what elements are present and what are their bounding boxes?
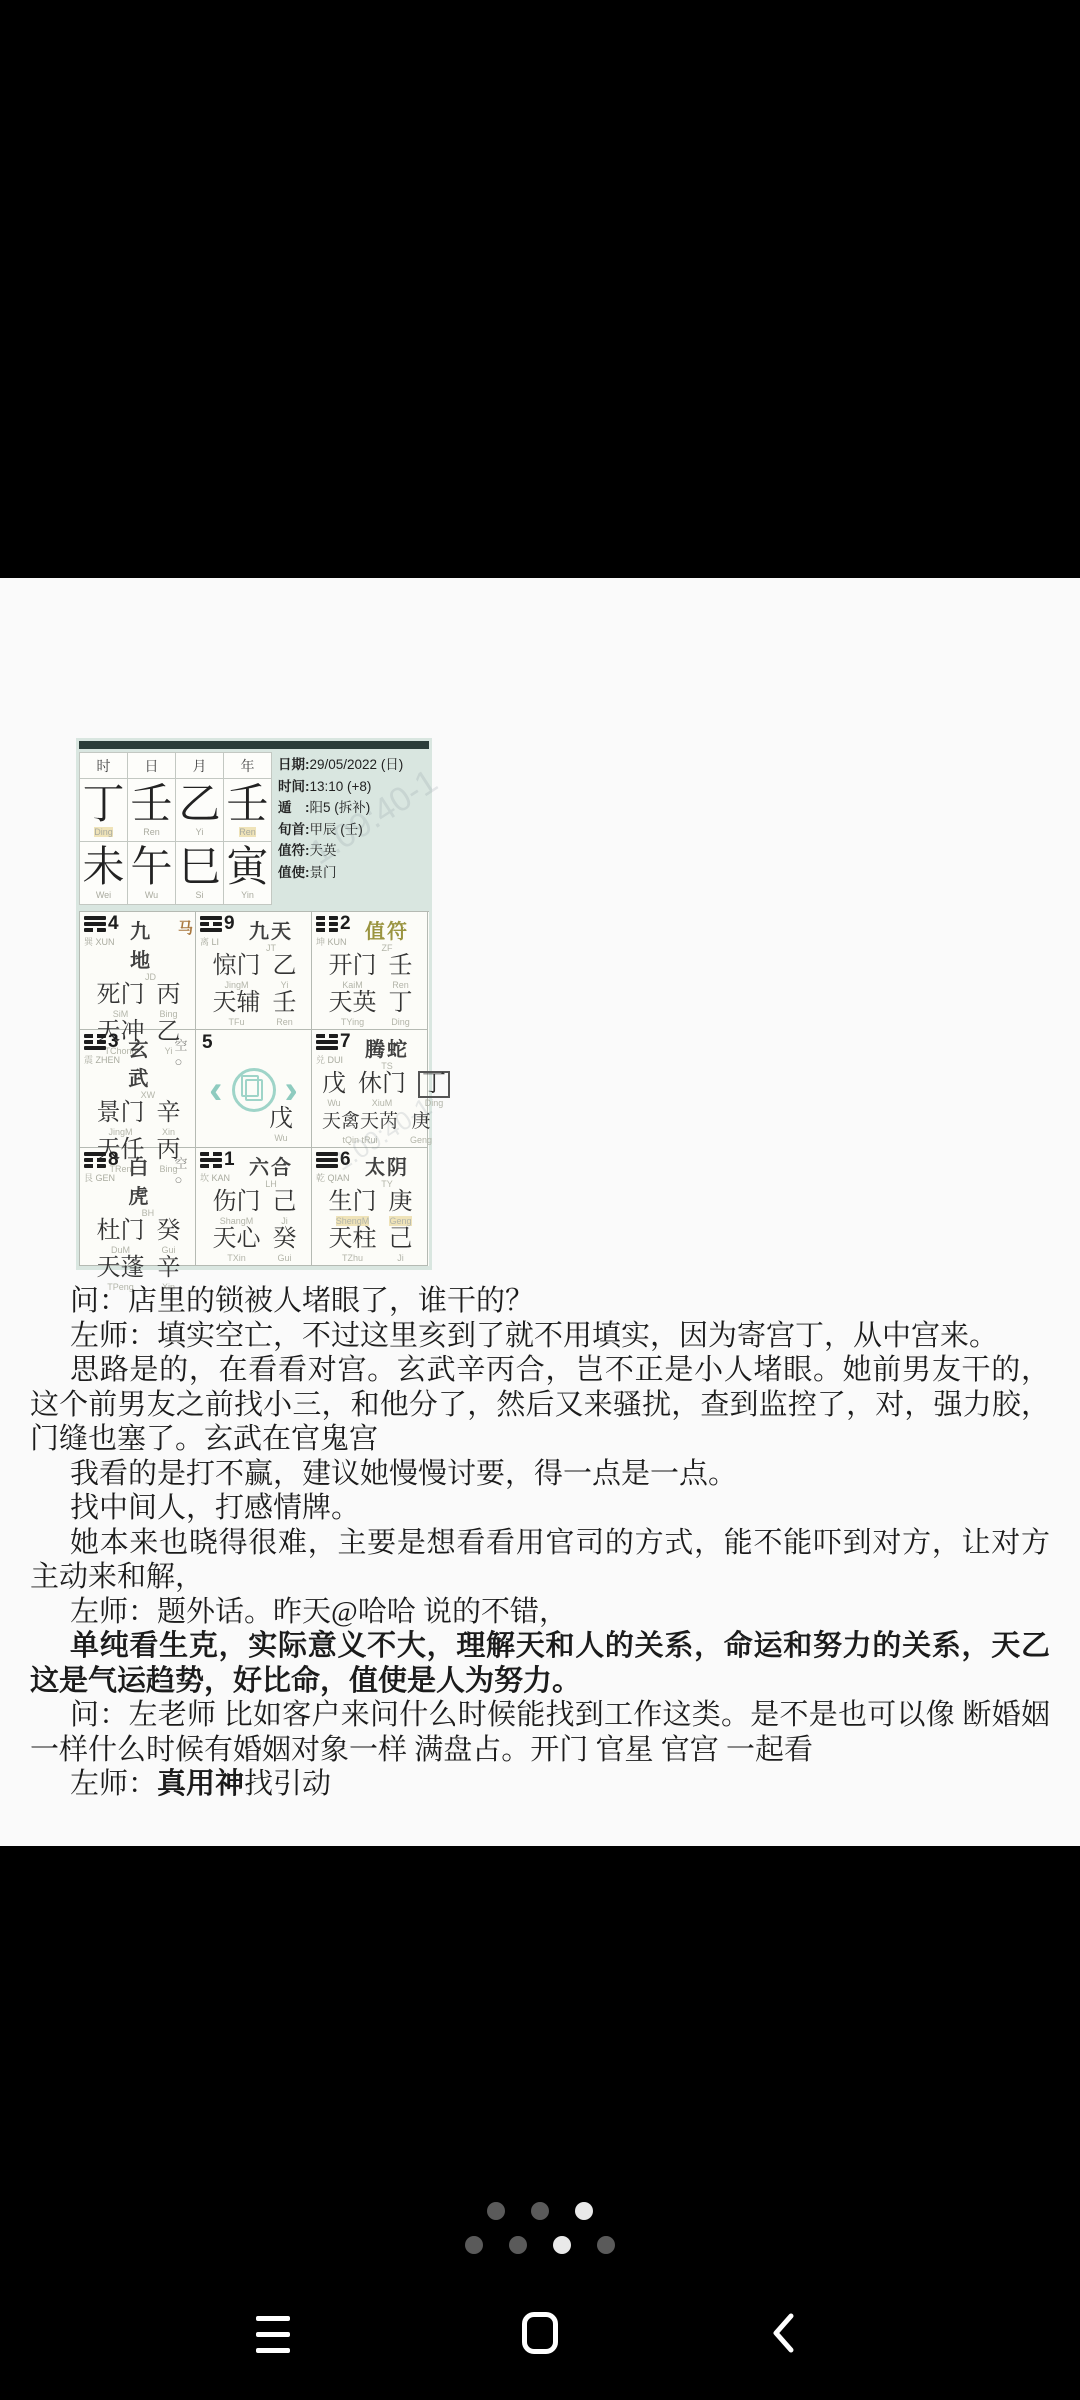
palace-number: 4 [108, 914, 119, 934]
paragraph: 思路是的，在看看对宫。玄武辛丙合，岂不正是小人堵眼。她前男友干的，这个前男友之前… [30, 1353, 1050, 1457]
pager-dot[interactable] [509, 2236, 527, 2254]
info-value: 天英 [310, 843, 337, 858]
glyph-char: 惊门 [213, 953, 261, 980]
pillar-stem: 丁Ding [80, 779, 128, 842]
door-line: 景门JingM辛Xin [84, 1100, 193, 1137]
discussion-text: 问：店里的锁被人堵眼了，谁干的？左师：填实空亡，不过这里亥到了就不用填实，因为寄… [30, 1284, 1050, 1802]
palace-top-row: 6乾 QIAN太阴TY [316, 1150, 425, 1189]
palace-number: 8 [108, 1150, 119, 1170]
trigram-line [316, 1164, 338, 1168]
stem-pinyin: Yi [196, 827, 204, 837]
door-line: 死门SiM丙Bing [84, 982, 193, 1019]
glyph-char: 天禽天芮 [322, 1108, 398, 1135]
chart-info-panel: 日期:29/05/2022 (日)时间:13:10 (+8)遁 :阳5 (拆补)… [272, 752, 429, 905]
door-name: 景门JingM [97, 1100, 145, 1137]
palace-top-row: 7兑 DUI腾蛇TS [316, 1032, 425, 1071]
pillar-branch: 未Wei [80, 842, 128, 905]
trigram-line [316, 916, 338, 920]
glyph-pinyin: Xin [162, 1127, 175, 1137]
glyph-pinyin: Wu [327, 1098, 340, 1108]
menu-icon[interactable] [256, 2316, 290, 2353]
door-prefix-stem: 戊Wu [322, 1071, 346, 1108]
door-name: 开门KaiM [329, 953, 377, 990]
palace-top-row: 8艮 GEN白虎BH空○ [84, 1150, 193, 1218]
text-segment: 思路是的，在看看对宫。玄武辛丙合，岂不正是小人堵眼。她前男友干的，这个前男友之前… [30, 1354, 1050, 1455]
trigram-line [316, 1046, 338, 1050]
door-name: 杜门DuM [97, 1218, 145, 1255]
info-value: 13:10 (+8) [310, 779, 372, 794]
palace-number: 3 [108, 1032, 119, 1052]
info-value: 甲辰 (壬) [310, 822, 363, 837]
trigram-line [84, 922, 106, 926]
glyph-char: 乙 [273, 953, 297, 980]
god-pinyin: XW [128, 1091, 167, 1100]
palace-number: 6 [340, 1150, 351, 1170]
palace-top-row: 2坤 KUN值符ZF [316, 914, 425, 953]
palace-cell-7: 7兑 DUI腾蛇TS戊Wu休门XiuM丁Ding天禽天芮tQin tRui庚Ge… [312, 1030, 428, 1148]
text-segment: 真用神 [157, 1768, 244, 1800]
trigram-row: 4 [84, 914, 119, 934]
stem-pinyin: Ren [239, 827, 256, 837]
glyph-char: 丙 [157, 982, 181, 1009]
stem-pinyin: Ren [143, 827, 160, 837]
horse-marker: 马 [178, 917, 193, 938]
palace-cell-8: 8艮 GEN白虎BH空○杜门DuM癸Gui天蓬TPeng辛Xin [80, 1148, 196, 1266]
paragraph: 单纯看生克，实际意义不大，理解天和人的关系，命运和努力的关系，天乙这是气运趋势，… [30, 1629, 1050, 1698]
glyph-char: 开门 [329, 953, 377, 980]
glyph-char: 休门 [358, 1071, 406, 1098]
palace-cell-9: 9离 LI九天JT惊门JingM乙Yi天辅TFu壬Ren [196, 912, 312, 1030]
trigram-block: 9离 LI [200, 914, 242, 948]
gua-name: 巽 XUN [84, 935, 115, 948]
trigram-line [84, 1034, 106, 1038]
chart-header: 时日月年丁Ding壬Ren乙Yi壬Ren未Wei午Wu巳Si寅Yin 日期:29… [79, 752, 429, 905]
branch-char: 未 [82, 846, 124, 890]
glyph-char: 己 [273, 1189, 297, 1216]
chart-info-line: 值使:景门 [278, 862, 429, 884]
trigram-line [84, 928, 106, 932]
door-name: 生门ShengM [329, 1189, 377, 1226]
trigram-line [84, 1158, 106, 1162]
trigram-line [316, 922, 338, 926]
gua-name: 乾 QIAN [316, 1171, 350, 1184]
glyph-pinyin: JingM [108, 1127, 132, 1137]
gua-name: 离 LI [200, 935, 219, 948]
glyph-char: 死门 [97, 982, 145, 1009]
star-name: 天辅TFu [213, 990, 261, 1027]
glyph-char: 戊 [322, 1071, 346, 1098]
door-stem: 壬Ren [389, 953, 413, 990]
text-segment: 单纯看生克，实际意义不大，理解天和人的关系，命运和努力的关系，天乙这是气运趋势，… [30, 1630, 1050, 1697]
four-pillars-table: 时日月年丁Ding壬Ren乙Yi壬Ren未Wei午Wu巳Si寅Yin [79, 752, 272, 905]
god-block: 九天JT [249, 914, 293, 953]
trigram-line [200, 1158, 222, 1162]
glyph-pinyin: KaiM [342, 980, 363, 990]
palace-top-row: 1坎 KAN六合LH [200, 1150, 309, 1189]
stem-char: 丁 [82, 783, 124, 827]
door-line: 惊门JingM乙Yi [200, 953, 309, 990]
paragraph: 她本来也晓得很难，主要是想看看用官司的方式，能不能吓到对方，让对方主动来和解， [30, 1526, 1050, 1595]
god-name: 六合 [249, 1151, 293, 1180]
door-line: 开门KaiM壬Ren [316, 953, 425, 990]
glyph-pinyin: JingM [224, 980, 248, 990]
trigram-block: 6乾 QIAN [316, 1150, 358, 1184]
glyph-char: 癸 [157, 1218, 181, 1245]
stem-pinyin: Ding [94, 827, 113, 837]
pillar-branch: 巳Si [176, 842, 224, 905]
glyph-char: 壬 [389, 953, 413, 980]
god-block: 六合LH [249, 1150, 293, 1189]
star-name: 天心TXin [213, 1226, 261, 1263]
info-value: 阳5 (拆补) [310, 800, 371, 815]
trigram-icon [200, 1150, 222, 1170]
glyph-char: 天蓬 [97, 1255, 145, 1282]
trigram-icon [84, 914, 106, 934]
door-line: 戊Wu休门XiuM丁Ding [316, 1071, 425, 1108]
glyph-pinyin: Gui [277, 1253, 291, 1263]
home-icon[interactable] [522, 2312, 558, 2354]
palace-cell-2: 2坤 KUN值符ZF开门KaiM壬Ren天英TYing丁Ding [312, 912, 428, 1030]
text-segment: 找引动 [244, 1768, 331, 1800]
paragraph: 我看的是打不赢，建议她慢慢讨要，得一点是一点。 [30, 1457, 1050, 1492]
trigram-row: 6 [316, 1150, 351, 1170]
star-line: 天辅TFu壬Ren [200, 990, 309, 1027]
pager-dot[interactable] [531, 2202, 549, 2220]
glyph-pinyin: Bing [159, 1009, 177, 1019]
stem-char: 壬 [130, 783, 172, 827]
glyph-pinyin: TXin [227, 1253, 246, 1263]
trigram-row: 9 [200, 914, 235, 934]
god-name: 九地 [130, 915, 171, 973]
branch-pinyin: Yin [241, 890, 254, 900]
god-name: 值符 [365, 915, 409, 944]
pillar-header: 日 [128, 753, 176, 779]
door-name: 惊门JingM [213, 953, 261, 990]
star-line: 天柱TZhu己Ji [316, 1226, 425, 1263]
pillar-stem: 壬Ren [224, 779, 272, 842]
glyph-char: 伤门 [213, 1189, 261, 1216]
text-segment: 左师：题外话。昨天@哈哈 说的不错， [70, 1596, 568, 1628]
trigram-line [316, 1040, 338, 1044]
glyph-char: 生门 [329, 1189, 377, 1216]
phone-screen: { "chart": { "pillars": { "headers": ["时… [0, 0, 1080, 2400]
branch-char: 寅 [226, 846, 268, 890]
trigram-line [316, 1152, 338, 1156]
stem-char: 乙 [178, 783, 220, 827]
pillar-stem: 壬Ren [128, 779, 176, 842]
glyph-pinyin: Geng [410, 1135, 432, 1145]
palace-cell-3: 3震 ZHEN玄武XW空○景门JingM辛Xin天任TRen丙Bing [80, 1030, 196, 1148]
door-stem: 癸Gui [157, 1218, 181, 1255]
glyph-char: 戊 [269, 1106, 293, 1133]
trigram-row: 1 [200, 1150, 235, 1170]
qimen-chart-image[interactable]: 时日月年丁Ding壬Ren乙Yi壬Ren未Wei午Wu巳Si寅Yin 日期:29… [76, 738, 432, 1270]
trigram-line [200, 928, 222, 932]
branch-pinyin: Si [195, 890, 203, 900]
trigram-icon [316, 1032, 338, 1052]
star-stem: 庚Geng [410, 1108, 432, 1145]
god-pinyin: TS [365, 1062, 409, 1071]
glyph-pinyin: XiuM [372, 1098, 393, 1108]
glyph-char: 己 [389, 1226, 413, 1253]
palace-number: 2 [340, 914, 351, 934]
glyph-char: 景门 [97, 1100, 145, 1127]
info-label: 日期: [278, 757, 310, 772]
god-block: 值符ZF [365, 914, 409, 953]
pager-dot[interactable] [465, 2236, 483, 2254]
glyph-pinyin: DuM [111, 1245, 130, 1255]
text-segment: 我看的是打不赢，建议她慢慢讨要，得一点是一点。 [70, 1458, 737, 1490]
chart-info-line: 时间:13:10 (+8) [278, 776, 429, 798]
back-icon[interactable] [770, 2312, 796, 2354]
god-name: 白虎 [128, 1151, 167, 1209]
chart-info-line: 遁 :阳5 (拆补) [278, 797, 429, 819]
gua-name: 兑 DUI [316, 1053, 343, 1066]
gua-name: 坎 KAN [200, 1171, 230, 1184]
text-segment: 左师： [70, 1768, 157, 1800]
trigram-line [84, 1040, 106, 1044]
god-name: 腾蛇 [365, 1033, 409, 1062]
branch-char: 午 [130, 846, 172, 890]
trigram-icon [84, 1032, 106, 1052]
chart-info-line: 值符:天英 [278, 840, 429, 862]
text-segment: 左师：填实空亡，不过这里亥到了就不用填实，因为寄宫丁，从中宫来。 [70, 1320, 998, 1352]
glyph-pinyin: Ji [281, 1216, 288, 1226]
glyph-pinyin: ShengM [336, 1216, 370, 1226]
door-stem: 丁Ding [418, 1071, 450, 1108]
paragraph: 左师：题外话。昨天@哈哈 说的不错， [30, 1595, 1050, 1630]
document-page: 时日月年丁Ding壬Ren乙Yi壬Ren未Wei午Wu巳Si寅Yin 日期:29… [0, 578, 1080, 1846]
glyph-char: 庚 [389, 1189, 413, 1216]
info-value: 29/05/2022 (日) [310, 757, 404, 772]
glyph-pinyin: Ding [425, 1098, 444, 1108]
trigram-line [316, 928, 338, 932]
glyph-pinyin: Wu [274, 1133, 287, 1143]
god-name: 玄武 [128, 1033, 167, 1091]
chart-info-line: 日期:29/05/2022 (日) [278, 754, 429, 776]
star-stem: 丁Ding [389, 990, 413, 1027]
glyph-pinyin: Geng [389, 1216, 411, 1226]
star-name: 天英TYing [329, 990, 377, 1027]
paragraph: 问：店里的锁被人堵眼了，谁干的？ [30, 1284, 1050, 1319]
glyph-char: 杜门 [97, 1218, 145, 1245]
glyph-char: 壬 [273, 990, 297, 1017]
glyph-pinyin: TFu [228, 1017, 244, 1027]
glyph-pinyin: TZhu [342, 1253, 363, 1263]
palace-top-row: 3震 ZHEN玄武XW空○ [84, 1032, 193, 1100]
pillar-header: 年 [224, 753, 272, 779]
glyph-char: 天心 [213, 1226, 261, 1253]
trigram-icon [316, 914, 338, 934]
trigram-icon [84, 1150, 106, 1170]
trigram-line [200, 922, 222, 926]
star-line: 天禽天芮tQin tRui庚Geng [316, 1108, 425, 1145]
pillar-header: 时 [80, 753, 128, 779]
prev-chart-arrow[interactable]: ‹ [209, 1070, 222, 1110]
center-stem: 戊Wu [263, 1106, 299, 1143]
door-stem: 辛Xin [157, 1100, 181, 1137]
pager-dot[interactable] [575, 2202, 593, 2220]
door-name: 死门SiM [97, 982, 145, 1019]
glyph-char: 辛 [157, 1100, 181, 1127]
god-block: 九地JD [130, 914, 171, 982]
palace-cell-5: 5‹›戊Wu [196, 1030, 312, 1148]
glyph-pinyin: SiM [113, 1009, 129, 1019]
center-palace-number: 5 [202, 1032, 213, 1054]
glyph-pinyin: Ding [391, 1017, 410, 1027]
god-block: 玄武XW [128, 1032, 167, 1100]
page-indicator-row-2 [0, 2236, 1080, 2254]
palace-top-row: 9离 LI九天JT [200, 914, 309, 953]
pillar-header: 月 [176, 753, 224, 779]
god-block: 太阴TY [365, 1150, 409, 1189]
nine-palace-grid: 4巽 XUN九地JD马死门SiM丙Bing天冲TChong乙Yi9离 LI九天J… [79, 911, 429, 1266]
glyph-char: 庚 [412, 1108, 431, 1135]
glyph-char: 天辅 [213, 990, 261, 1017]
branch-pinyin: Wu [145, 890, 158, 900]
god-pinyin: JT [249, 944, 293, 953]
trigram-row: 7 [316, 1032, 351, 1052]
branch-char: 巳 [178, 846, 220, 890]
stem-char: 壬 [226, 783, 268, 827]
trigram-line [84, 916, 106, 920]
branch-pinyin: Wei [96, 890, 111, 900]
star-name: 天禽天芮tQin tRui [322, 1108, 398, 1145]
door-line: 杜门DuM癸Gui [84, 1218, 193, 1255]
chart-top-bar [79, 741, 429, 749]
info-label: 旬首: [278, 822, 310, 837]
gua-name: 坤 KUN [316, 935, 347, 948]
paragraph: 问：左老师 比如客户来问什么时候能找到工作这类。是不是也可以像 断婚姻一样什么时… [30, 1698, 1050, 1767]
trigram-line [200, 916, 222, 920]
glyph-pinyin: Ji [397, 1253, 404, 1263]
door-name: 休门XiuM [358, 1071, 406, 1108]
god-name: 九天 [249, 915, 293, 944]
glyph-char: 辛 [157, 1255, 181, 1282]
info-label: 值符: [278, 843, 310, 858]
glyph-pinyin: Yi [281, 980, 289, 990]
palace-number: 7 [340, 1032, 351, 1052]
glyph-char: 天英 [329, 990, 377, 1017]
next-chart-arrow[interactable]: › [285, 1070, 298, 1110]
trigram-row: 2 [316, 914, 351, 934]
trigram-row: 3 [84, 1032, 119, 1052]
text-segment: 问：左老师 比如客户来问什么时候能找到工作这类。是不是也可以像 断婚姻一样什么时… [30, 1699, 1050, 1766]
door-stem: 己Ji [273, 1189, 297, 1226]
glyph-char: 丁 [389, 990, 413, 1017]
page-glyph [245, 1079, 263, 1101]
info-value: 景门 [310, 865, 337, 880]
center-stem-glyph: 戊Wu [269, 1106, 293, 1143]
god-pinyin: TY [365, 1180, 409, 1189]
glyph-char: 丁 [418, 1071, 450, 1098]
trigram-line [200, 1164, 222, 1168]
trigram-row: 8 [84, 1150, 119, 1170]
info-label: 遁 : [278, 800, 310, 815]
star-stem: 壬Ren [273, 990, 297, 1027]
pager-dot[interactable] [487, 2202, 505, 2220]
glyph-char: 癸 [273, 1226, 297, 1253]
door-line: 伤门ShangM己Ji [200, 1189, 309, 1226]
god-block: 腾蛇TS [365, 1032, 409, 1071]
page-indicator-row-1 [0, 2202, 1080, 2220]
info-label: 时间: [278, 779, 310, 794]
trigram-line [200, 1152, 222, 1156]
glyph-char: 天柱 [329, 1226, 377, 1253]
pillar-stem: 乙Yi [176, 779, 224, 842]
info-label: 值使: [278, 865, 310, 880]
pillar-branch: 午Wu [128, 842, 176, 905]
glyph-pinyin: Gui [161, 1245, 175, 1255]
text-segment: 找中间人，打感情牌。 [70, 1492, 360, 1524]
god-pinyin: BH [128, 1209, 167, 1218]
paragraph: 左师：填实空亡，不过这里亥到了就不用填实，因为寄宫丁，从中宫来。 [30, 1319, 1050, 1354]
palace-number: 9 [224, 914, 235, 934]
god-pinyin: ZF [365, 944, 409, 953]
door-line: 生门ShengM庚Geng [316, 1189, 425, 1226]
text-segment: 她本来也晓得很难，主要是想看看用官司的方式，能不能吓到对方，让对方主动来和解， [30, 1527, 1050, 1594]
trigram-line [316, 1158, 338, 1162]
trigram-line [84, 1152, 106, 1156]
chart-info-line: 旬首:甲辰 (壬) [278, 819, 429, 841]
trigram-block: 2坤 KUN [316, 914, 358, 948]
trigram-icon [200, 914, 222, 934]
star-name: 天柱TZhu [329, 1226, 377, 1263]
palace-number: 1 [224, 1150, 235, 1170]
door-stem: 丙Bing [157, 982, 181, 1019]
glyph-pinyin: Ren [392, 980, 409, 990]
god-block: 白虎BH [128, 1150, 167, 1218]
palace-cell-6: 6乾 QIAN太阴TY生门ShengM庚Geng天柱TZhu己Ji [312, 1148, 428, 1266]
door-stem: 庚Geng [389, 1189, 413, 1226]
trigram-icon [316, 1150, 338, 1170]
trigram-line [316, 1034, 338, 1038]
palace-cell-4: 4巽 XUN九地JD马死门SiM丙Bing天冲TChong乙Yi [80, 912, 196, 1030]
paragraph: 左师：真用神找引动 [30, 1767, 1050, 1802]
trigram-block: 4巽 XUN [84, 914, 123, 948]
palace-top-row: 4巽 XUN九地JD马 [84, 914, 193, 982]
god-name: 太阴 [365, 1151, 409, 1180]
gua-name: 震 ZHEN [84, 1053, 120, 1066]
god-pinyin: LH [249, 1180, 293, 1189]
trigram-block: 3震 ZHEN [84, 1032, 121, 1066]
pillar-branch: 寅Yin [224, 842, 272, 905]
glyph-pinyin: Ren [276, 1017, 293, 1027]
glyph-pinyin: ShangM [220, 1216, 254, 1226]
pager-dot[interactable] [597, 2236, 615, 2254]
star-stem: 癸Gui [273, 1226, 297, 1263]
paragraph: 找中间人，打感情牌。 [30, 1491, 1050, 1526]
glyph-pinyin: tQin tRui [343, 1135, 378, 1145]
star-line: 天英TYing丁Ding [316, 990, 425, 1027]
glyph-pinyin: TYing [341, 1017, 364, 1027]
god-pinyin: JD [130, 973, 171, 982]
trigram-block: 8艮 GEN [84, 1150, 121, 1184]
palace-cell-1: 1坎 KAN六合LH伤门ShangM己Ji天心TXin癸Gui [196, 1148, 312, 1266]
gua-name: 艮 GEN [84, 1171, 115, 1184]
text-segment: 问：店里的锁被人堵眼了，谁干的？ [70, 1285, 534, 1317]
star-line: 天心TXin癸Gui [200, 1226, 309, 1263]
trigram-block: 7兑 DUI [316, 1032, 358, 1066]
trigram-line [84, 1046, 106, 1050]
trigram-block: 1坎 KAN [200, 1150, 242, 1184]
void-marker: 空○ [174, 1153, 193, 1187]
pager-dot[interactable] [553, 2236, 571, 2254]
door-stem: 乙Yi [273, 953, 297, 990]
door-name: 伤门ShangM [213, 1189, 261, 1226]
void-marker: 空○ [174, 1035, 193, 1069]
trigram-line [84, 1164, 106, 1168]
